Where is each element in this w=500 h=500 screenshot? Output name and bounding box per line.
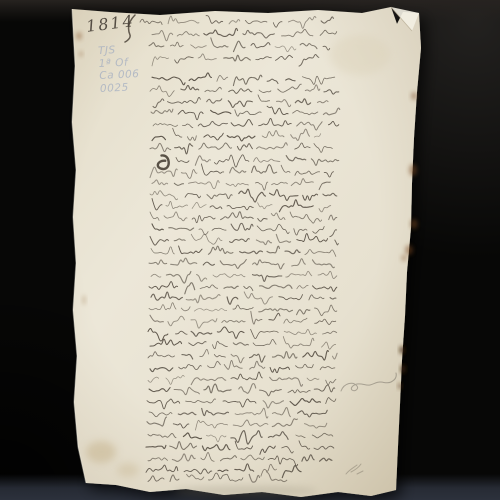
scene-background: 1814 TJS 1ª Of Ca 006 0025 xyxy=(0,0,500,500)
stamp-line-4: 0025 xyxy=(100,80,141,95)
manuscript-photo xyxy=(0,0,500,500)
stamp-line-3: Ca 006 xyxy=(99,68,140,83)
archive-stamp: TJS 1ª Of Ca 006 0025 xyxy=(98,43,141,95)
